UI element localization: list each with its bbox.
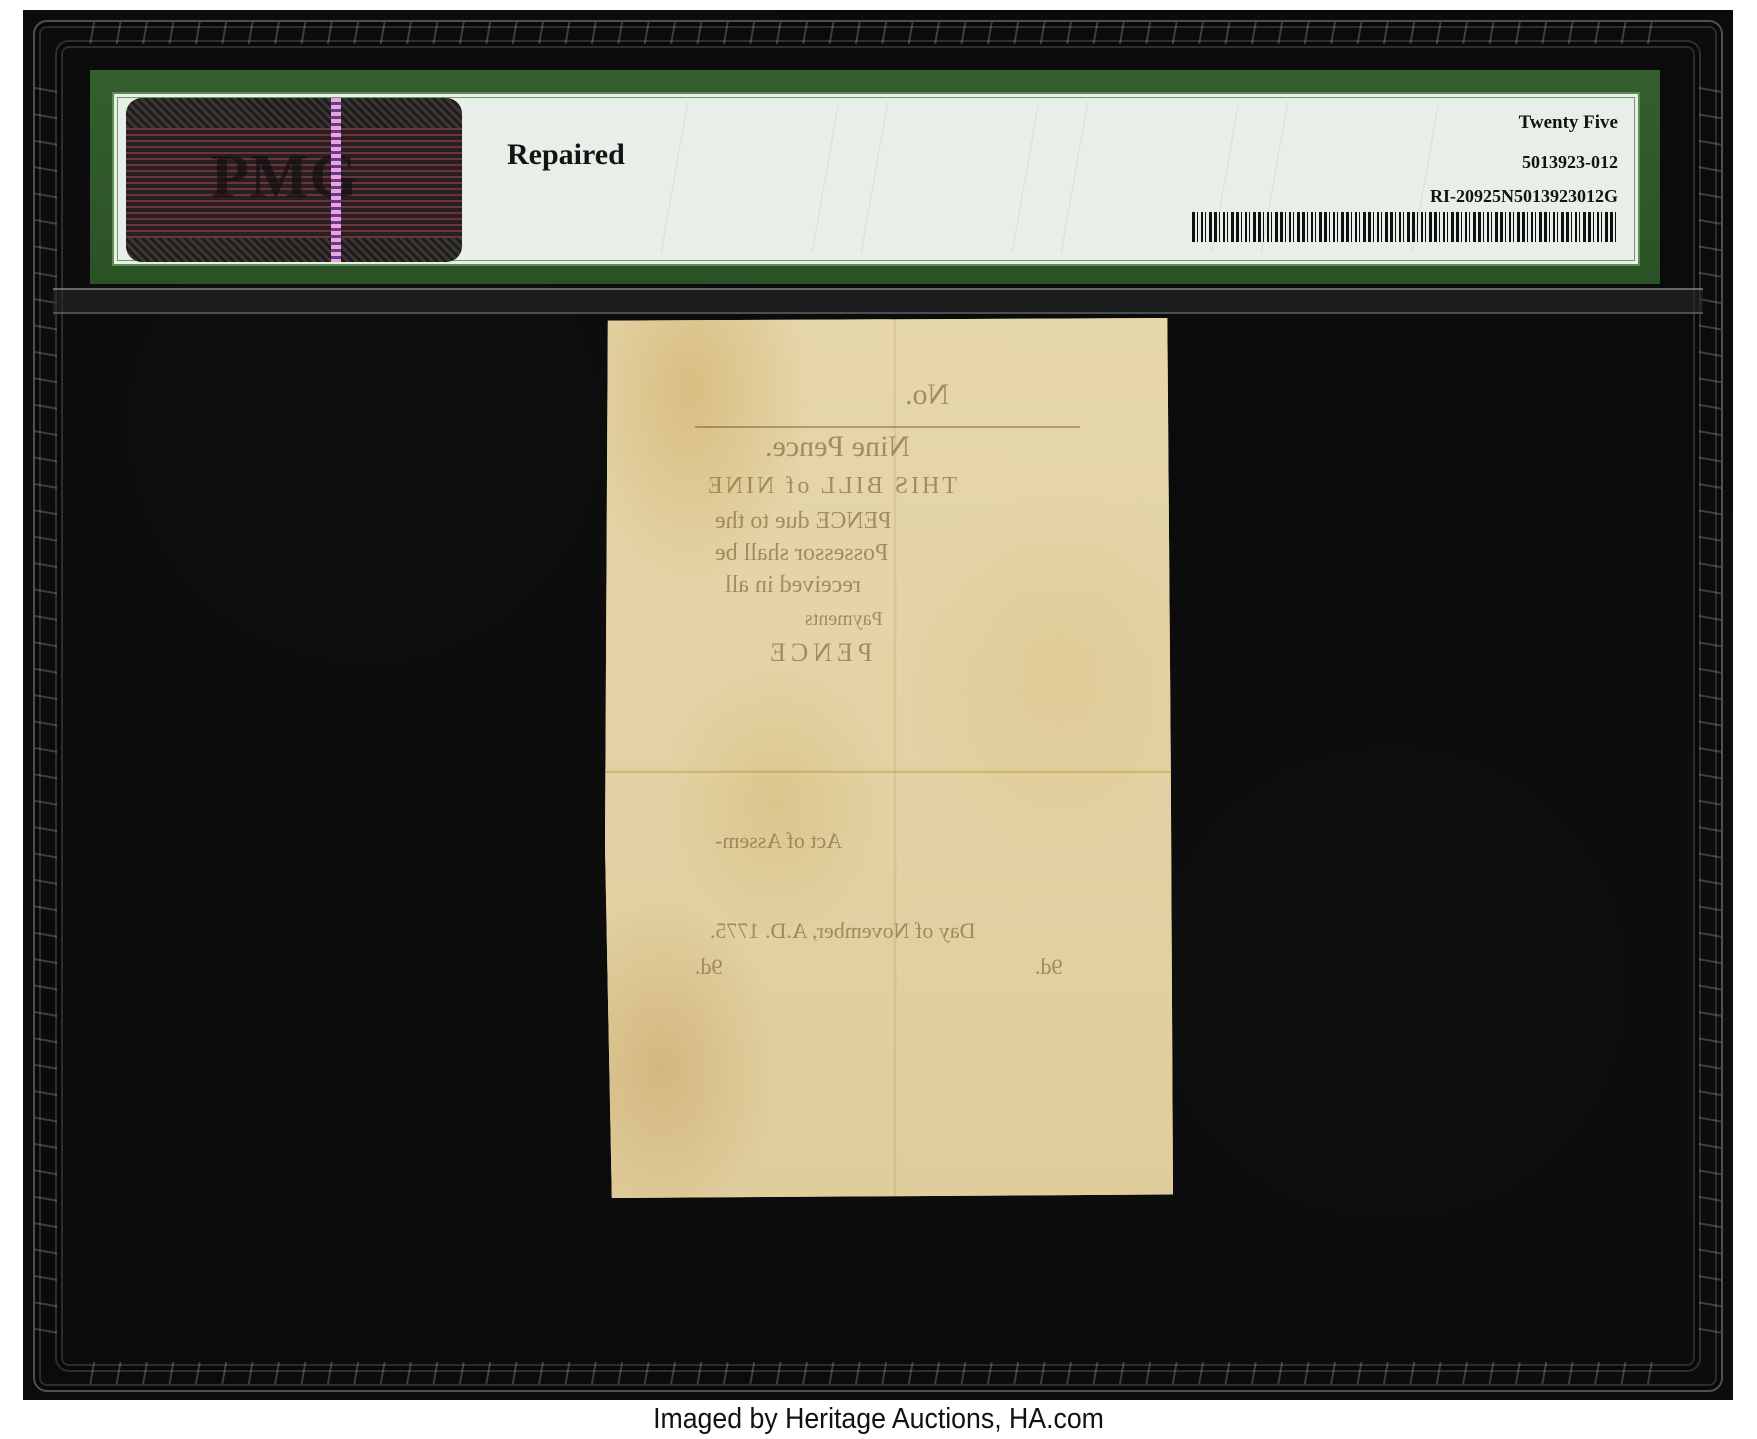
watermark-scale-icon xyxy=(661,102,839,252)
ghost-text-line5: received in all xyxy=(725,572,861,599)
ghost-text-line8: Act of Assem- xyxy=(715,828,842,854)
banknote-back: No. Nine Pence. THIS BILL of NINE PENCE … xyxy=(605,318,1173,1198)
holder-frame-bottom-ornament xyxy=(83,1362,1673,1384)
cert-number: 5013923-012 xyxy=(1522,152,1618,173)
ghost-text-line6: Payments xyxy=(805,608,883,631)
holder-frame-left-ornament xyxy=(35,70,57,1340)
ghost-text-no: No. xyxy=(905,378,949,412)
ghost-text-line4: Possessor shall be xyxy=(715,540,888,567)
ghost-text-line7: PENCE xyxy=(765,638,872,668)
holder-frame-right-ornament xyxy=(1699,70,1721,1340)
pmg-hologram: PMG xyxy=(126,98,462,262)
hologram-security-stripe xyxy=(331,98,341,262)
ghost-text-line9: Day of November, A.D. 1775. xyxy=(710,918,976,944)
grading-label-inner: PMG Repaired Twenty Five 5013923-012 RI-… xyxy=(112,92,1640,266)
ghost-value-left: 9d. xyxy=(695,954,723,980)
ghost-rule xyxy=(695,426,1080,428)
pmg-holder-slab: PMG Repaired Twenty Five 5013923-012 RI-… xyxy=(23,10,1733,1400)
ghost-text-line2: THIS BILL of NINE xyxy=(705,473,957,500)
denomination: Twenty Five xyxy=(1519,112,1618,134)
label-divider-rail xyxy=(53,288,1703,314)
image-credit-caption: Imaged by Heritage Auctions, HA.com xyxy=(70,1400,1686,1439)
holder-frame-top-ornament xyxy=(83,22,1673,44)
ghost-text-line1: Nine Pence. xyxy=(765,430,910,464)
watermark-scale-icon xyxy=(861,102,1039,252)
ghost-text-line3: PENCE due to the xyxy=(715,508,892,535)
horizontal-fold xyxy=(605,770,1173,776)
grade-text: Repaired xyxy=(507,138,625,172)
grading-label: PMG Repaired Twenty Five 5013923-012 RI-… xyxy=(90,70,1660,284)
vertical-fold xyxy=(893,318,897,1198)
barcode xyxy=(1192,212,1618,242)
ghost-value-right: 9d. xyxy=(1035,954,1063,980)
barcode-text: RI-20925N5013923012G xyxy=(1430,186,1618,207)
